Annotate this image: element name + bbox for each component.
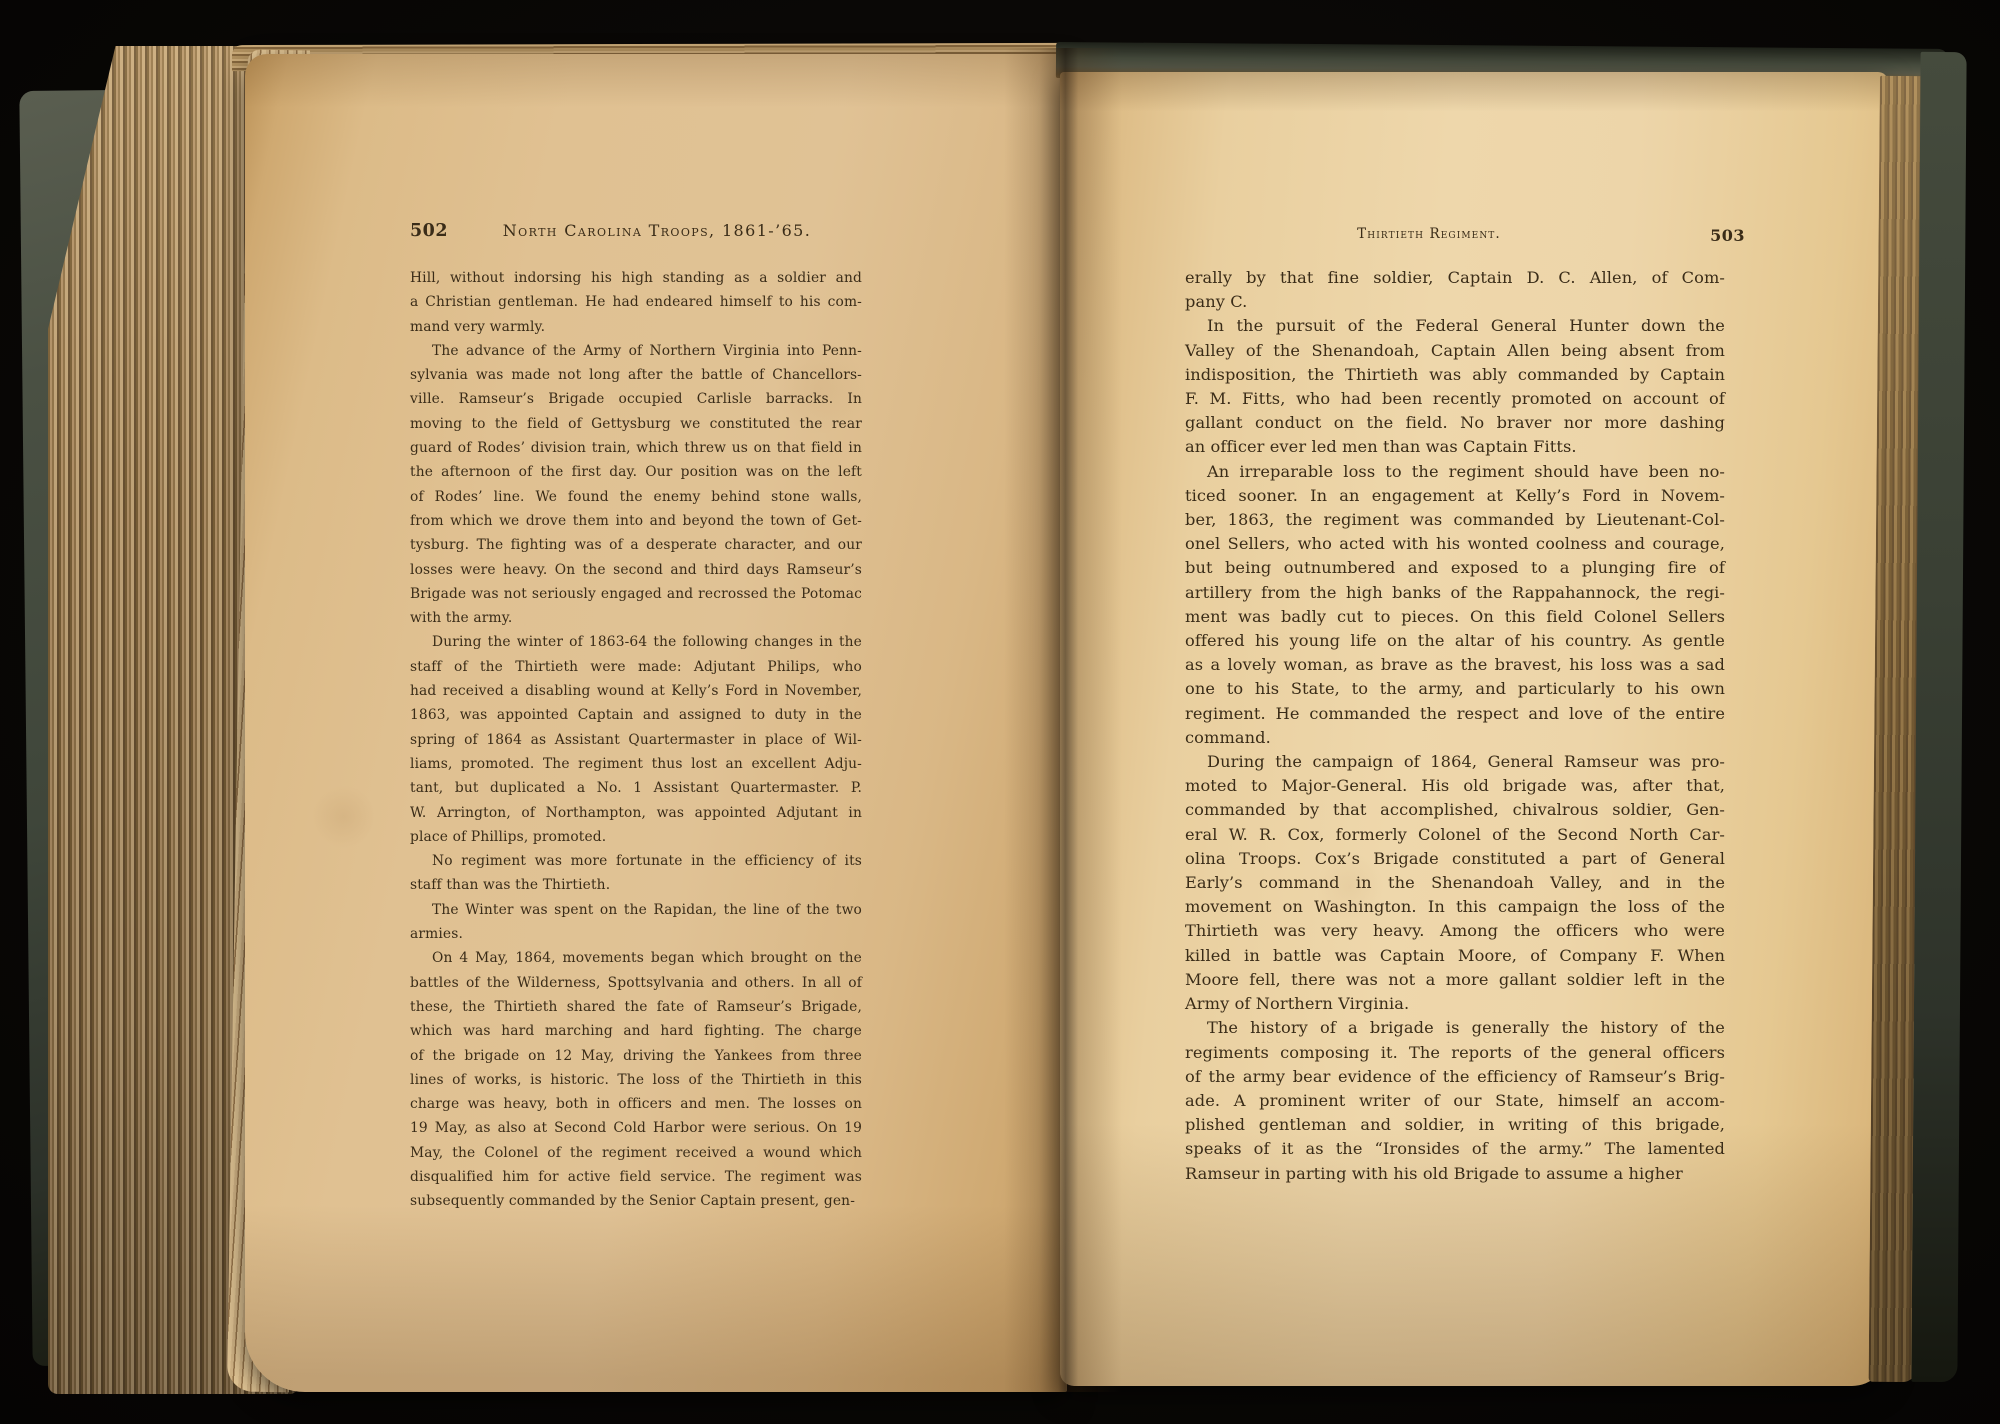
text-line: During the campaign of 1864, General Ram…: [1185, 750, 1725, 774]
text-line: gallant conduct on the field. No braver …: [1185, 411, 1725, 435]
text-line: of the army bear evidence of the efficie…: [1185, 1065, 1725, 1089]
text-line: battles of the Wilderness, Spottsylvania…: [410, 971, 862, 995]
book-photo: 502 North Carolina Troops, 1861-’65. Hil…: [0, 0, 2000, 1424]
paragraph: erally by that fine soldier, Captain D. …: [1185, 266, 1725, 314]
text-line: these, the Thirtieth shared the fate of …: [410, 995, 862, 1019]
text-line: of Rodes’ line. We found the enemy behin…: [410, 485, 862, 509]
text-line: sylvania was made not long after the bat…: [410, 363, 862, 387]
text-line: No regiment was more fortunate in the ef…: [410, 849, 862, 873]
text-line: pany C.: [1185, 290, 1725, 314]
page-number-right: 503: [1710, 226, 1745, 245]
text-line: During the winter of 1863-64 the followi…: [410, 630, 862, 654]
text-line: Brigade was not seriously engaged and re…: [410, 582, 862, 606]
text-line: of the brigade on 12 May, driving the Ya…: [410, 1044, 862, 1068]
text-line: one to his State, to the army, and parti…: [1185, 677, 1725, 701]
text-line: The Winter was spent on the Rapidan, the…: [410, 898, 862, 922]
text-line: with the army.: [410, 606, 862, 630]
text-line: an officer ever led men than was Captain…: [1185, 435, 1725, 459]
left-text-column: Hill, without indorsing his high standin…: [410, 266, 862, 1214]
text-line: Thirtieth was very heavy. Among the offi…: [1185, 919, 1725, 943]
text-line: subsequently commanded by the Senior Cap…: [410, 1189, 862, 1213]
running-title-right: Thirtieth Regiment.: [1185, 226, 1745, 242]
text-line: from which we drove them into and beyond…: [410, 509, 862, 533]
text-line: which was hard marching and hard fightin…: [410, 1019, 862, 1043]
text-line: moted to Major-General. His old brigade …: [1185, 774, 1725, 798]
paragraph: During the campaign of 1864, General Ram…: [1185, 750, 1725, 1016]
text-line: moving to the field of Gettysburg we con…: [410, 412, 862, 436]
text-line: a Christian gentleman. He had endeared h…: [410, 290, 862, 314]
text-line: as a lovely woman, as brave as the brave…: [1185, 653, 1725, 677]
text-line: disqualified him for active field servic…: [410, 1165, 862, 1189]
paragraph: The Winter was spent on the Rapidan, the…: [410, 898, 862, 947]
text-line: onel Sellers, who acted with his wonted …: [1185, 532, 1725, 556]
text-line: 19 May, as also at Second Cold Harbor we…: [410, 1116, 862, 1140]
text-line: W. Arrington, of Northampton, was appoin…: [410, 801, 862, 825]
text-line: command.: [1185, 726, 1725, 750]
text-line: guard of Rodes’ division train, which th…: [410, 436, 862, 460]
running-title-left: North Carolina Troops, 1861-’65.: [410, 221, 862, 240]
text-line: artillery from the high banks of the Rap…: [1185, 581, 1725, 605]
text-line: liams, promoted. The regiment thus lost …: [410, 752, 862, 776]
text-line: ade. A prominent writer of our State, hi…: [1185, 1089, 1725, 1113]
text-line: lines of works, is historic. The loss of…: [410, 1068, 862, 1092]
text-line: ville. Ramseur’s Brigade occupied Carlis…: [410, 387, 862, 411]
text-line: Hill, without indorsing his high standin…: [410, 266, 862, 290]
text-line: mand very warmly.: [410, 315, 862, 339]
text-line: On 4 May, 1864, movements began which br…: [410, 946, 862, 970]
paragraph: Hill, without indorsing his high standin…: [410, 266, 862, 339]
text-line: armies.: [410, 922, 862, 946]
text-line: olina Troops. Cox’s Brigade constituted …: [1185, 847, 1725, 871]
book-cover-right: [1911, 52, 1966, 1382]
text-line: regiment. He commanded the respect and l…: [1185, 702, 1725, 726]
text-line: In the pursuit of the Federal General Hu…: [1185, 314, 1725, 338]
text-line: killed in battle was Captain Moore, of C…: [1185, 944, 1725, 968]
text-line: F. M. Fitts, who had been recently promo…: [1185, 387, 1725, 411]
paragraph: The history of a brigade is generally th…: [1185, 1016, 1725, 1185]
text-line: the afternoon of the first day. Our posi…: [410, 460, 862, 484]
text-line: but being outnumbered and exposed to a p…: [1185, 556, 1725, 580]
running-header-left: 502 North Carolina Troops, 1861-’65.: [410, 221, 862, 247]
text-line: charge was heavy, both in officers and m…: [410, 1092, 862, 1116]
text-line: losses were heavy. On the second and thi…: [410, 558, 862, 582]
text-line: May, the Colonel of the regiment receive…: [410, 1141, 862, 1165]
paragraph: During the winter of 1863-64 the followi…: [410, 630, 862, 849]
text-line: The history of a brigade is generally th…: [1185, 1016, 1725, 1040]
text-line: Army of Northern Virginia.: [1185, 992, 1725, 1016]
page-number-left: 502: [410, 221, 448, 241]
running-header-right: Thirtieth Regiment. 503: [1185, 226, 1745, 252]
gutter-shadow: [1004, 48, 1122, 1392]
text-line: staff of the Thirtieth were made: Adjuta…: [410, 655, 862, 679]
text-line: An irreparable loss to the regiment shou…: [1185, 460, 1725, 484]
text-line: Valley of the Shenandoah, Captain Allen …: [1185, 339, 1725, 363]
text-line: had received a disabling wound at Kelly’…: [410, 679, 862, 703]
text-line: staff than was the Thirtieth.: [410, 873, 862, 897]
text-line: tant, but duplicated a No. 1 Assistant Q…: [410, 776, 862, 800]
text-line: Moore fell, there was not a more gallant…: [1185, 968, 1725, 992]
text-line: place of Phillips, promoted.: [410, 825, 862, 849]
text-line: ticed sooner. In an engagement at Kelly’…: [1185, 484, 1725, 508]
text-line: eral W. R. Cox, formerly Colonel of the …: [1185, 823, 1725, 847]
paragraph: The advance of the Army of Northern Virg…: [410, 339, 862, 631]
text-line: tysburg. The fighting was of a desperate…: [410, 533, 862, 557]
text-line: regiments composing it. The reports of t…: [1185, 1041, 1725, 1065]
text-line: ber, 1863, the regiment was commanded by…: [1185, 508, 1725, 532]
text-line: 1863, was appointed Captain and assigned…: [410, 703, 862, 727]
paragraph: On 4 May, 1864, movements began which br…: [410, 946, 862, 1213]
right-text-column: erally by that fine soldier, Captain D. …: [1185, 266, 1725, 1186]
text-line: The advance of the Army of Northern Virg…: [410, 339, 862, 363]
text-line: offered his young life on the altar of h…: [1185, 629, 1725, 653]
text-line: Early’s command in the Shenandoah Valley…: [1185, 871, 1725, 895]
text-line: spring of 1864 as Assistant Quartermaste…: [410, 728, 862, 752]
paragraph: No regiment was more fortunate in the ef…: [410, 849, 862, 898]
text-line: movement on Washington. In this campaign…: [1185, 895, 1725, 919]
text-line: erally by that fine soldier, Captain D. …: [1185, 266, 1725, 290]
text-line: commanded by that accomplished, chivalro…: [1185, 798, 1725, 822]
text-line: indisposition, the Thirtieth was ably co…: [1185, 363, 1725, 387]
text-line: plished gentleman and soldier, in writin…: [1185, 1113, 1725, 1137]
text-line: ment was badly cut to pieces. On this fi…: [1185, 605, 1725, 629]
paragraph: In the pursuit of the Federal General Hu…: [1185, 314, 1725, 459]
text-line: speaks of it as the “Ironsides of the ar…: [1185, 1137, 1725, 1161]
paragraph: An irreparable loss to the regiment shou…: [1185, 460, 1725, 750]
text-line: Ramseur in parting with his old Brigade …: [1185, 1162, 1725, 1186]
